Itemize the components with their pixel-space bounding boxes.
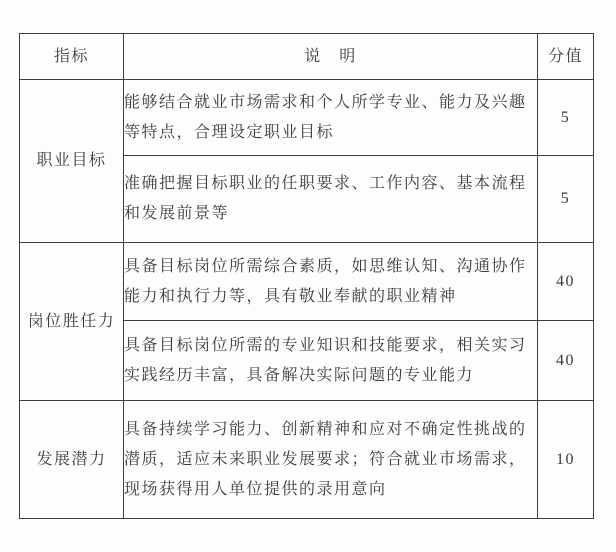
header-score: 分值: [538, 34, 594, 80]
description-cell: 具备目标岗位所需的专业知识和技能要求，相关实习实践经历丰富，具备解决实际问题的专…: [124, 321, 538, 401]
table-row: 岗位胜任力 具备目标岗位所需综合素质，如思维认知、沟通协作能力和执行力等，具有敬…: [20, 243, 594, 321]
evaluation-table: 指标 说 明 分值 职业目标 能够结合就业市场需求和个人所学专业、能力及兴趣等特…: [19, 33, 594, 519]
score-cell: 40: [538, 321, 594, 401]
header-description: 说 明: [124, 34, 538, 80]
score-cell: 5: [538, 80, 594, 156]
score-cell: 10: [538, 401, 594, 519]
description-cell: 能够结合就业市场需求和个人所学专业、能力及兴趣等特点，合理设定职业目标: [124, 80, 538, 156]
table-row: 发展潜力 具备持续学习能力、创新精神和应对不确定性挑战的潜质，适应未来职业发展要…: [20, 401, 594, 519]
indicator-cell-career-goal: 职业目标: [20, 80, 124, 243]
table-row: 职业目标 能够结合就业市场需求和个人所学专业、能力及兴趣等特点，合理设定职业目标…: [20, 80, 594, 156]
table-header-row: 指标 说 明 分值: [20, 34, 594, 80]
header-indicator: 指标: [20, 34, 124, 80]
indicator-cell-development-potential: 发展潜力: [20, 401, 124, 519]
document-page: 指标 说 明 分值 职业目标 能够结合就业市场需求和个人所学专业、能力及兴趣等特…: [0, 0, 616, 552]
description-cell: 准确把握目标职业的任职要求、工作内容、基本流程和发展前景等: [124, 156, 538, 243]
description-cell: 具备目标岗位所需综合素质，如思维认知、沟通协作能力和执行力等，具有敬业奉献的职业…: [124, 243, 538, 321]
score-cell: 5: [538, 156, 594, 243]
score-cell: 40: [538, 243, 594, 321]
description-cell: 具备持续学习能力、创新精神和应对不确定性挑战的潜质，适应未来职业发展要求；符合就…: [124, 401, 538, 519]
indicator-cell-job-competency: 岗位胜任力: [20, 243, 124, 401]
